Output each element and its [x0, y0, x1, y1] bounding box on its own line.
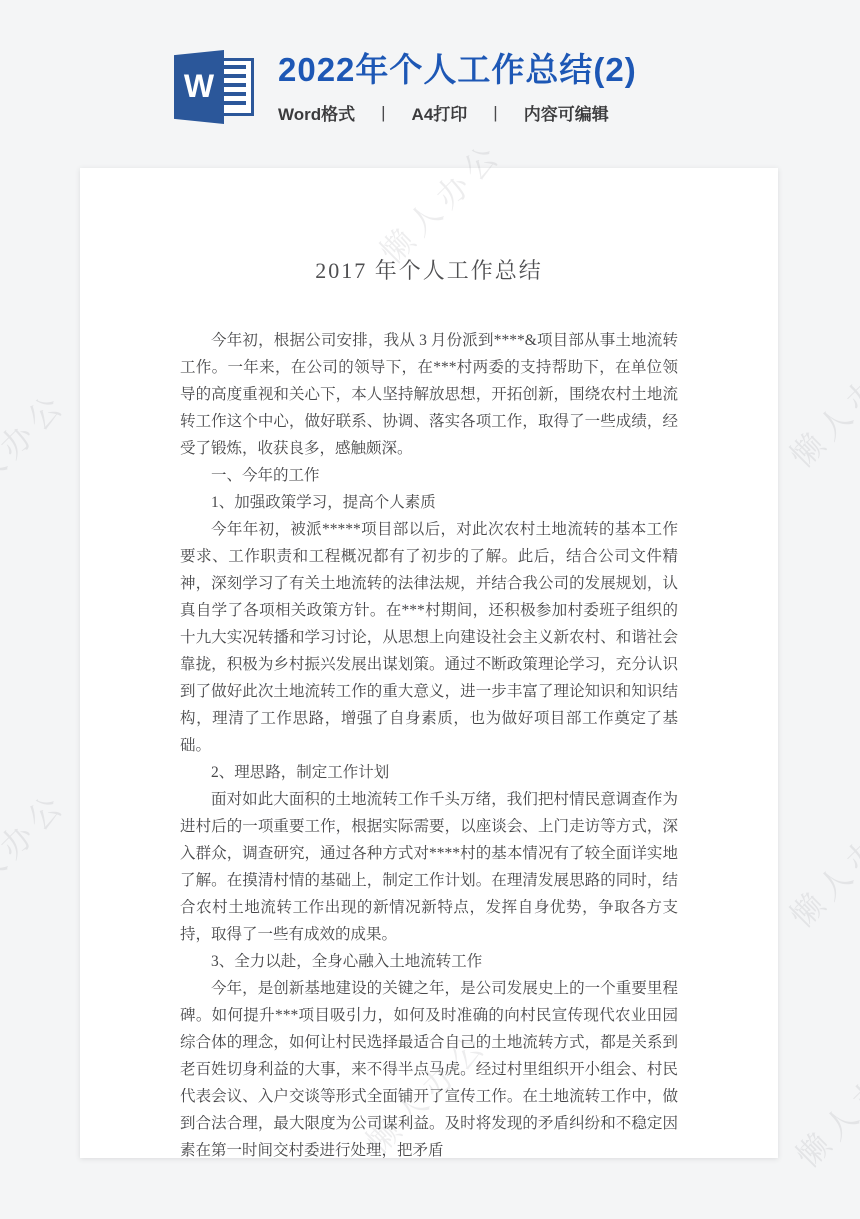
page-title: 2022年个人工作总结(2) [278, 52, 637, 88]
watermark: 懒人办公 [779, 794, 860, 937]
word-icon-panel: W [174, 50, 224, 124]
page-background: W 2022年个人工作总结(2) Word格式 | A4打印 | 内容可编辑 2… [0, 0, 860, 1219]
document-title: 2017 年个人工作总结 [80, 254, 778, 285]
header-subtitle: Word格式 | A4打印 | 内容可编辑 [278, 100, 637, 125]
watermark: 懒人办公 [785, 1034, 860, 1177]
document-heading: 一、今年的工作 [180, 462, 678, 489]
word-icon-letter: W [184, 68, 214, 107]
document-paragraph: 今年年初，被派*****项目部以后，对此次农村土地流转的基本工作要求、工作职责和… [180, 516, 678, 759]
watermark: 懒人办公 [0, 380, 75, 523]
subtitle-format: Word格式 [278, 100, 355, 125]
document-body: 今年初，根据公司安排，我从 3 月份派到****&项目部从事土地流转工作。一年来… [180, 327, 678, 1158]
document-heading: 1、加强政策学习，提高个人素质 [180, 489, 678, 516]
subtitle-separator: | [381, 103, 385, 123]
document-paragraph: 今年，是创新基地建设的关键之年，是公司发展史上的一个重要里程碑。如何提升***项… [180, 975, 678, 1158]
subtitle-print: A4打印 [412, 100, 468, 125]
subtitle-separator: | [493, 103, 497, 123]
watermark: 懒人办公 [0, 780, 75, 923]
header: W 2022年个人工作总结(2) Word格式 | A4打印 | 内容可编辑 [168, 50, 637, 125]
header-text: 2022年个人工作总结(2) Word格式 | A4打印 | 内容可编辑 [278, 50, 637, 125]
document-heading: 2、理思路，制定工作计划 [180, 759, 678, 786]
subtitle-editable: 内容可编辑 [524, 100, 609, 125]
word-icon: W [168, 50, 256, 124]
document-paragraph: 面对如此大面积的土地流转工作千头万绪，我们把村情民意调查作为进村后的一项重要工作… [180, 786, 678, 948]
document-paragraph: 今年初，根据公司安排，我从 3 月份派到****&项目部从事土地流转工作。一年来… [180, 327, 678, 462]
document-heading: 3、全力以赴，全身心融入土地流转工作 [180, 948, 678, 975]
document-page: 2017 年个人工作总结 今年初，根据公司安排，我从 3 月份派到****&项目… [80, 168, 778, 1158]
watermark: 懒人办公 [779, 334, 860, 477]
